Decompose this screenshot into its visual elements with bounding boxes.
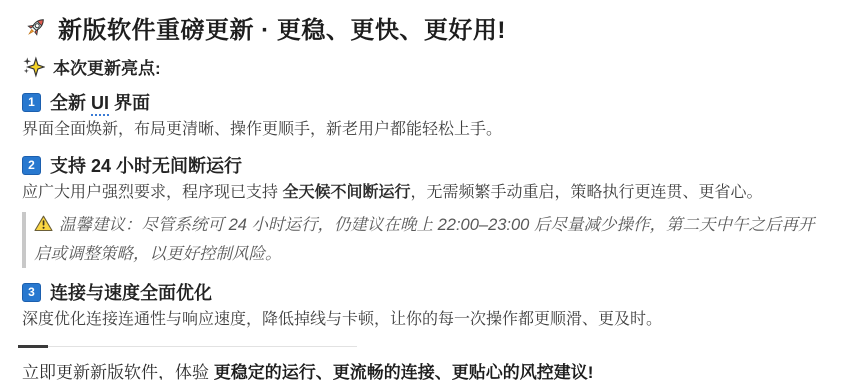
warning-blockquote: 温馨建议：尽管系统可 24 小时运行，仍建议在晚上 22:00–23:00 后尽… [22,212,816,268]
footer-cta-bold: 更稳定的运行、更流畅的连接、更贴心的风控建议! [214,363,594,380]
highlights-header-label: 本次更新亮点: [53,54,161,79]
section-1-title: 全新 UI 界面 [50,89,150,115]
footer-cta-pre: 立即更新新版软件，体验 [22,363,214,380]
section-3-description: 深度优化连接连通性与响应速度，降低掉线与卡顿，让你的每一次操作都更顺滑、更及时。 [22,308,834,331]
divider-faint-line [22,346,357,347]
update-announcement-document: 新版软件重磅更新 · 更稳、更快、更好用! 本次更新亮点: 1 全新 UI 界面… [0,0,858,380]
section-3-number-badge: 3 [22,283,41,302]
warning-triangle-icon [34,214,53,241]
divider-dark-segment [18,345,48,348]
section-2-desc-post: ，无需频繁手动重启，策略执行更连贯、更省心。 [410,184,762,201]
sparkles-icon [22,55,45,78]
highlights-header-row: 本次更新亮点: [22,54,834,78]
section-2-description: 应广大用户强烈要求，程序现已支持 全天候不间断运行，无需频繁手动重启，策略执行更… [22,181,834,204]
section-2-title: 支持 24 小时无间断运行 [50,152,242,178]
section-1-title-underlined: UI [91,93,109,116]
section-2-header: 2 支持 24 小时无间断运行 [22,153,834,177]
page-title-row: 新版软件重磅更新 · 更稳、更快、更好用! [22,12,834,42]
horizontal-divider [22,345,362,348]
section-2-desc-pre: 应广大用户强烈要求，程序现已支持 [22,184,282,201]
section-1-title-pre: 全新 [50,93,91,113]
section-1-header: 1 全新 UI 界面 [22,90,834,114]
warning-text: 温馨建议：尽管系统可 24 小时运行，仍建议在晚上 22:00–23:00 后尽… [34,216,814,263]
footer-cta: 立即更新新版软件，体验 更稳定的运行、更流畅的连接、更贴心的风控建议! [22,358,834,380]
section-2-desc-bold: 全天候不间断运行 [282,184,410,201]
section-3-header: 3 连接与速度全面优化 [22,280,834,304]
section-1-description: 界面全面焕新，布局更清晰、操作更顺手，新老用户都能轻松上手。 [22,118,834,141]
section-2-number-badge: 2 [22,156,41,175]
section-1-title-post: 界面 [109,93,150,113]
section-3-title: 连接与速度全面优化 [50,279,212,305]
page-title: 新版软件重磅更新 · 更稳、更快、更好用! [58,10,506,45]
section-1-number-badge: 1 [22,93,41,112]
rocket-icon [22,14,49,41]
